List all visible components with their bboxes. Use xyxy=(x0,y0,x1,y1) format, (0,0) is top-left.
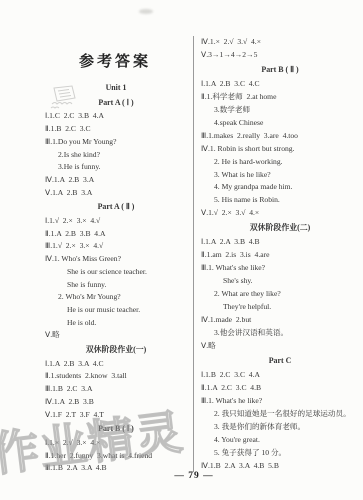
answer-line: Ⅱ.1.students 2.know 3.tall xyxy=(45,370,187,383)
section-header: Part C xyxy=(201,355,359,368)
section-header: Part A ( Ⅰ ) xyxy=(45,97,187,110)
section-header: Part A ( Ⅱ ) xyxy=(45,201,187,214)
answer-line: Ⅱ.1.A 2.C 3.C 4.B xyxy=(201,382,359,395)
answer-line: Ⅳ.1.A 2.B 3.B xyxy=(45,396,187,409)
scan-smudge xyxy=(139,9,153,14)
answer-line: Ⅲ.1.makes 2.really 3.are 4.too xyxy=(201,130,359,143)
answer-line: Ⅰ.1.× 2.√ 3.× 4.× xyxy=(45,437,187,450)
answer-line: They're helpful. xyxy=(201,301,359,314)
answer-line: Ⅳ.1.made 2.but xyxy=(201,314,359,327)
answer-line: Ⅲ.1. What's he like? xyxy=(201,395,359,408)
answer-line: 2. What are they like? xyxy=(201,288,359,301)
page-number: — 79 — xyxy=(156,471,232,481)
answer-line: Ⅴ.略 xyxy=(45,329,187,342)
answer-line: Ⅱ.1.科学老师 2.at home xyxy=(201,91,359,104)
answer-line: Ⅳ.1. Robin is short but strong. xyxy=(201,143,359,156)
answer-line: He is old. xyxy=(45,317,187,330)
answer-line: He is our music teacher. xyxy=(45,304,187,317)
answer-book-page: 参考答案 Unit 1Part A ( Ⅰ )Ⅰ.1.C 2.C 3.B 4.A… xyxy=(0,0,363,500)
answer-line: Ⅴ.1.√ 2.× 3.√ 4.× xyxy=(201,207,359,220)
answers-column-left: Unit 1Part A ( Ⅰ )Ⅰ.1.C 2.C 3.B 4.AⅡ.1.B… xyxy=(45,80,187,475)
answer-line: Ⅱ.1.B 2.C 3.C xyxy=(45,123,187,136)
answer-line: 3. 我是你们的新体育老师。 xyxy=(201,421,359,434)
answer-line: 5. His name is Robin. xyxy=(201,194,359,207)
answer-line: Ⅴ.1.F 2.T 3.F 4.T xyxy=(45,409,187,422)
page-title: 参考答案 xyxy=(45,50,185,71)
section-header: Part B ( Ⅰ ) xyxy=(45,423,187,436)
answer-line: 4. You're great. xyxy=(201,434,359,447)
section-header: Unit 1 xyxy=(45,82,187,95)
answer-line: Ⅳ.1. Who's Miss Green? xyxy=(45,253,187,266)
answer-line: 2. He is hard-working. xyxy=(201,156,359,169)
answer-line: 2. Who's Mr Young? xyxy=(45,291,187,304)
answer-line: 4. My grandpa made him. xyxy=(201,181,359,194)
answer-line: Ⅴ.3→1→4→2→5 xyxy=(201,49,359,62)
answer-line: Ⅲ.1. What's she like? xyxy=(201,262,359,275)
answer-line: She is funny. xyxy=(45,279,187,292)
answer-line: Ⅰ.1.C 2.C 3.B 4.A xyxy=(45,110,187,123)
answer-line: 3.He is funny. xyxy=(45,161,187,174)
answer-line: Ⅲ.1.√ 2.× 3.× 4.√ xyxy=(45,240,187,253)
answer-line: Ⅳ.1.× 2.√ 3.√ 4.× xyxy=(201,36,359,49)
answer-line: Ⅱ.1.her 2.funny 3.what is 4.friend xyxy=(45,450,187,463)
answer-line: Ⅴ.1.A 2.B 3.A xyxy=(45,187,187,200)
answer-line: 2. 我只知道她是一名很好的足球运动员。 xyxy=(201,408,359,421)
section-header: Part B ( Ⅱ ) xyxy=(201,64,359,77)
answer-line: She is our science teacher. xyxy=(45,266,187,279)
section-header: 双休阶段作业(二) xyxy=(201,222,359,235)
answer-line: 3. What is he like? xyxy=(201,169,359,182)
answer-line: 4.speak Chinese xyxy=(201,117,359,130)
answer-line: Ⅱ.1.A 2.B 3.B 4.A xyxy=(45,228,187,241)
answers-column-right: Ⅳ.1.× 2.√ 3.√ 4.×Ⅴ.3→1→4→2→5Part B ( Ⅱ )… xyxy=(201,36,359,472)
answer-line: Ⅱ.1.am 2.is 3.is 4.are xyxy=(201,249,359,262)
section-header: 双休阶段作业(一) xyxy=(45,344,187,357)
answer-line: 5. 兔子获得了 10 分。 xyxy=(201,447,359,460)
answer-line: Ⅰ.1.√ 2.× 3.× 4.√ xyxy=(45,215,187,228)
answer-line: She's shy. xyxy=(201,275,359,288)
answer-line: Ⅳ.1.A 2.B 3.A xyxy=(45,174,187,187)
answer-line: Ⅰ.1.A 2.A 3.B 4.B xyxy=(201,236,359,249)
answer-line: Ⅰ.1.B 2.C 3.C 4.A xyxy=(201,369,359,382)
answer-line: Ⅲ.1.Do you Mr Young? xyxy=(45,136,187,149)
answer-line: Ⅰ.1.A 2.B 3.C 4.C xyxy=(201,78,359,91)
column-divider xyxy=(193,36,194,472)
answer-line: 2.Is she kind? xyxy=(45,149,187,162)
answer-line: 3.他会讲汉语和英语。 xyxy=(201,327,359,340)
answer-line: Ⅲ.1.B 2.C 3.A xyxy=(45,383,187,396)
answer-line: Ⅰ.1.A 2.B 3.A 4.C xyxy=(45,358,187,371)
answer-line: 3.数学老师 xyxy=(201,104,359,117)
answer-line: Ⅴ.略 xyxy=(201,340,359,353)
